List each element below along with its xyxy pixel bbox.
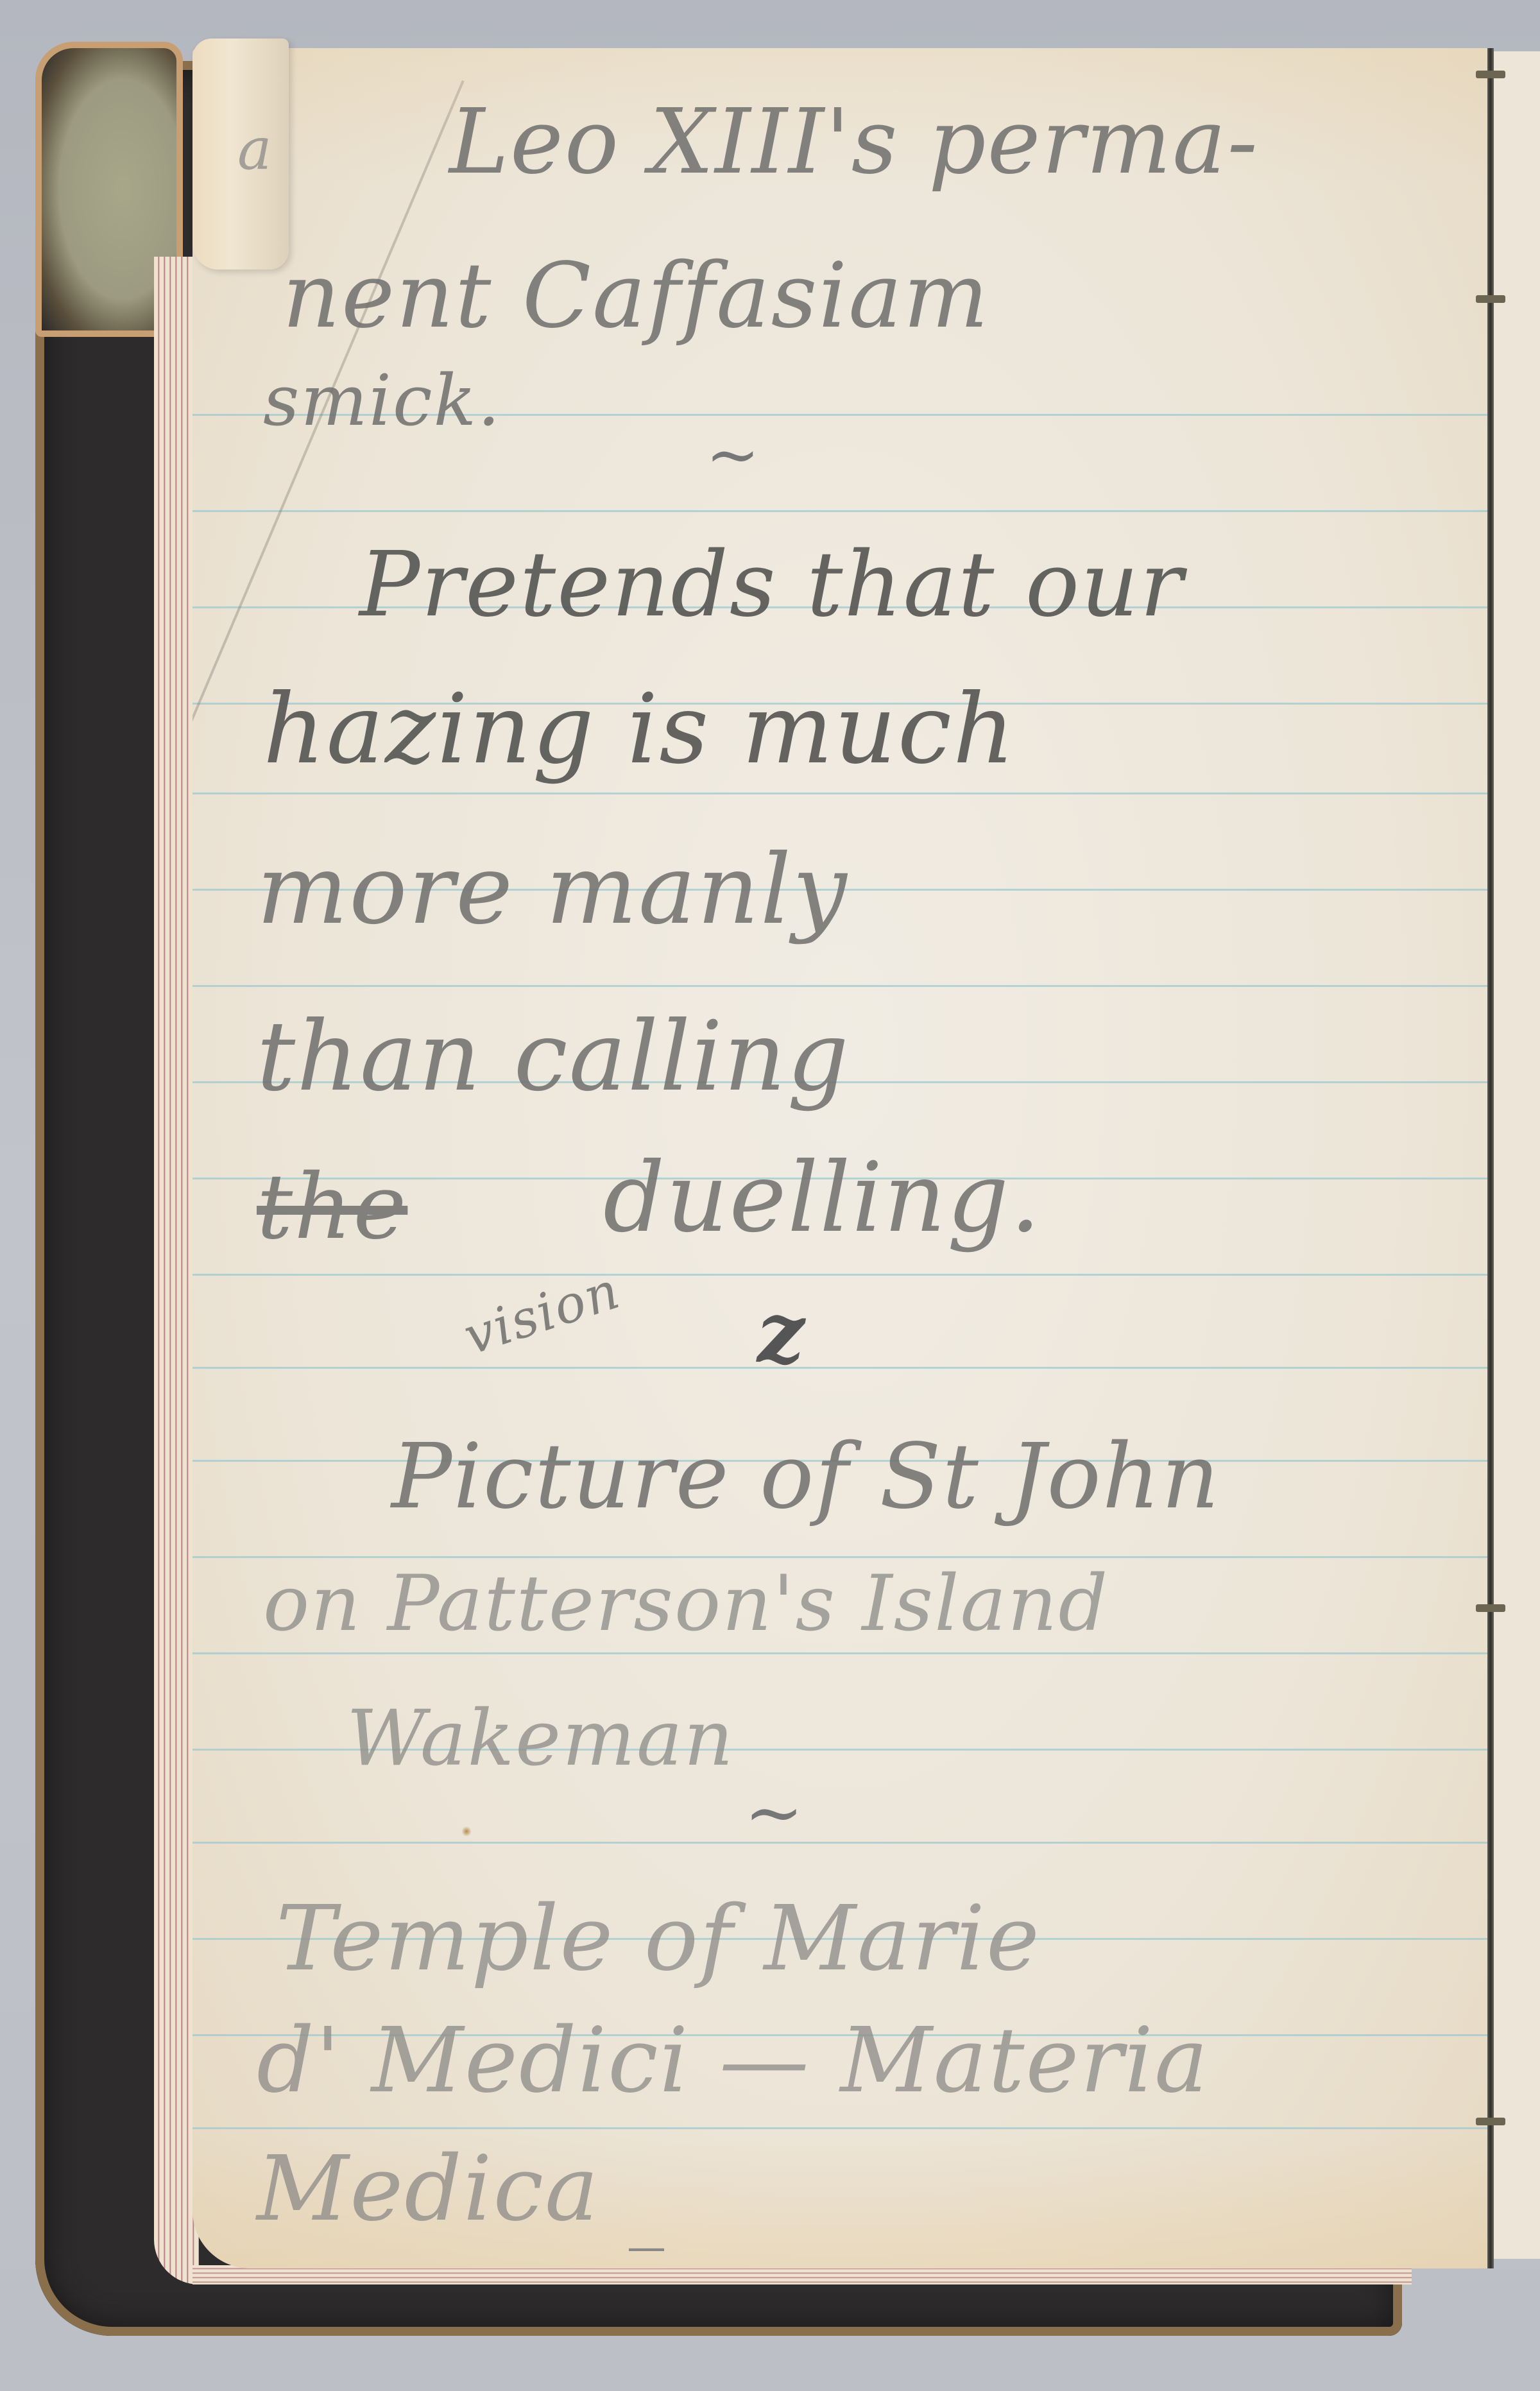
binding-stitch <box>1476 1604 1505 1612</box>
binding-stitch <box>1476 295 1505 303</box>
handwritten-line: Temple of Marie <box>276 1887 1041 1991</box>
rule-line <box>193 1367 1492 1369</box>
binding-stitch <box>1476 71 1505 78</box>
margin-letter: a <box>237 116 273 183</box>
rule-line <box>193 1556 1492 1558</box>
rule-line <box>193 793 1492 794</box>
handwritten-line: Medica <box>257 2137 599 2241</box>
section-divider: _ <box>629 2169 664 2251</box>
handwritten-line: duelling. <box>603 1142 1042 1254</box>
handwritten-line: nent Caffasiam <box>282 244 989 348</box>
rule-line <box>193 985 1492 987</box>
binding-stitch <box>1476 2118 1505 2125</box>
section-divider: ~ <box>744 1771 803 1853</box>
rule-line <box>193 1652 1492 1654</box>
handwritten-line: Wakeman <box>346 1694 735 1783</box>
handwritten-line: Leo XIII's perma- <box>449 90 1259 194</box>
handwritten-line: d' Medici — Materia <box>257 2009 1209 2113</box>
rule-line <box>193 1274 1492 1276</box>
rule-line <box>193 510 1492 512</box>
handwritten-line: Pretends that our <box>359 533 1184 637</box>
struck-word: the <box>257 1155 407 1260</box>
rule-line <box>193 2127 1492 2129</box>
handwritten-line: hazing is much <box>263 674 1016 785</box>
rule-line <box>193 1842 1492 1844</box>
facing-page-edge <box>1494 51 1540 2259</box>
handwritten-line: smick. <box>263 359 501 441</box>
binding-gutter <box>1487 48 1494 2268</box>
section-divider: ~ <box>706 417 760 492</box>
handwritten-line: than calling <box>257 1001 850 1113</box>
handwritten-line: more manly <box>257 834 848 946</box>
handwritten-line: on Patterson's Island <box>263 1559 1109 1649</box>
section-divider: z <box>757 1283 805 1382</box>
handwritten-line: Picture of St John <box>391 1425 1220 1529</box>
foxing-stain <box>462 1826 471 1837</box>
